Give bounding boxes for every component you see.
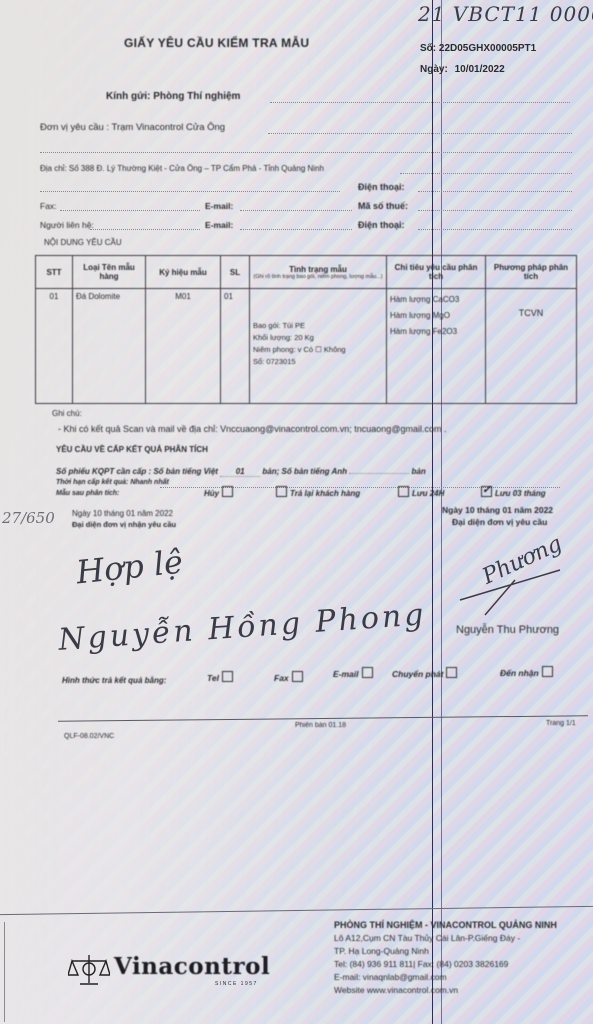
col-stt: STT [36, 256, 73, 289]
cell-method: TCVN [486, 289, 577, 404]
lab-address-2: TP. Hạ Long-Quảng Ninh [334, 946, 429, 956]
cell-code: M01 [146, 289, 221, 404]
phone-label-2: Điện thoại: [358, 220, 405, 230]
condition-header: Tình trạng mẫu [289, 265, 347, 274]
delivery-fax-label: Fax [274, 673, 289, 683]
col-method: Phương pháp phân tích [486, 256, 577, 289]
option-destroy[interactable]: Hủy [204, 486, 233, 498]
footer-rule [58, 715, 588, 722]
option-keep-3-months-label: Lưu 03 tháng [495, 489, 546, 498]
dotted-line [40, 191, 340, 192]
form-code: QLF-08.02/VNC [64, 733, 114, 740]
phone-label: Điện thoại: [358, 182, 405, 192]
condition-subheader: (Ghi rõ tình trạng bao gói, niêm phong, … [253, 274, 383, 280]
indicator-caco3: Hàm lượng CaCO3 [390, 292, 482, 308]
dotted-line [400, 173, 572, 174]
result-request-title: YÊU CẦU VỀ CẤP KẾT QUẢ PHÂN TÍCH [56, 445, 208, 454]
col-code: Ký hiệu mẫu [146, 256, 221, 289]
request-table: STT Loại Tên mẫu hàng Ký hiệu mẫu SL Tìn… [35, 255, 577, 404]
brand-since: SINCE 1957 [215, 981, 258, 987]
checkbox[interactable] [398, 486, 409, 497]
receiver-name-handwritten: Nguyễn Hồng Phong [57, 597, 427, 658]
contact-field [90, 229, 200, 230]
option-keep-24h[interactable]: Lưu 24H [398, 486, 444, 498]
number-value: 22D05GHX00005PT1 [439, 43, 536, 54]
lab-phone: Tel: (84) 936 911 811| Fax: (84) 0203 38… [334, 959, 508, 969]
delivery-email-label: E-mail [333, 669, 359, 679]
col-name: Loại Tên mẫu hàng [73, 256, 146, 289]
copies-unit: bản; Số bản tiếng Anh [262, 467, 347, 476]
checkbox[interactable] [292, 671, 303, 682]
cell-qty: 01 [221, 289, 250, 404]
phone-field-2 [418, 229, 572, 230]
scales-icon [68, 953, 110, 987]
contact-label: Người liên hệ: [40, 220, 94, 230]
document-title: GIẤY YÊU CẦU KIỂM TRA MẪU [124, 36, 309, 50]
col-condition: Tình trạng mẫu (Ghi rõ tình trạng bao gó… [250, 256, 387, 289]
table-header-row: STT Loại Tên mẫu hàng Ký hiệu mẫu SL Tìn… [36, 256, 577, 289]
lab-website[interactable]: Website www.vinacontrol.com.vn [334, 985, 458, 995]
delivery-pickup-label: Đến nhận [500, 668, 539, 678]
en-copies-field [349, 473, 409, 474]
indicator-fe2o3: Hàm lượng Fe2O3 [390, 324, 482, 340]
page-edge [0, 906, 593, 915]
checkbox[interactable] [276, 486, 287, 497]
address: Địa chỉ: Số 388 Đ. Lý Thường Kiệt - Cửa … [40, 164, 324, 173]
version: Phiên bản 01.18 [295, 722, 346, 729]
handwritten-left-note: 27/650 [2, 509, 55, 527]
tax-field [418, 210, 572, 211]
checkbox[interactable] [542, 666, 553, 677]
date-label: Ngày: [420, 64, 448, 75]
copies-line: Số phiếu KQPT cần cấp : Số bản tiếng Việ… [56, 467, 426, 477]
cell-stt: 01 [36, 289, 73, 404]
delivery-label: Hình thức trả kết quả bằng: [62, 676, 166, 685]
copies-label: Số phiếu KQPT cần cấp : Số bản tiếng Việ… [56, 467, 218, 476]
checkbox-checked[interactable] [481, 486, 492, 497]
condition-number: Số: 0723015 [253, 356, 383, 368]
dotted-line [270, 102, 570, 103]
option-keep-24h-label: Lưu 24H [412, 489, 444, 498]
dotted-line [40, 152, 572, 153]
number-label: Số: [420, 43, 436, 54]
cell-indicators: Hàm lượng CaCO3 Hàm lượng MgO Hàm lượng … [387, 289, 486, 404]
recipient: Kính gửi: Phòng Thí nghiệm [106, 91, 240, 102]
left-role: Đại diện đơn vị nhận yêu cầu [72, 520, 176, 529]
delivery-fax[interactable]: Fax [274, 671, 303, 683]
option-return[interactable]: Trả lại khách hàng [276, 486, 360, 498]
checkbox[interactable] [222, 486, 233, 497]
lab-name: PHÒNG THÍ NGHIỆM - VINACONTROL QUẢNG NIN… [334, 920, 557, 930]
option-keep-3-months[interactable]: Lưu 03 tháng [481, 486, 546, 498]
checkbox[interactable] [362, 667, 373, 678]
lab-address-1: Lô A12,Cụm CN Tàu Thủy Cái Lân-P.Giếng Đ… [334, 933, 520, 943]
phone-field [418, 191, 572, 192]
table-row: 01 Đá Dolomite M01 01 Bao gói: Túi PE Kh… [36, 289, 577, 404]
requesting-unit: Đơn vị yêu cầu : Trạm Vinacontrol Cửa Ôn… [40, 122, 225, 133]
en-copies-unit: bản [411, 467, 425, 476]
tax-label: Mã số thuế: [358, 201, 408, 211]
right-date: Ngày 10 tháng 01 năm 2022 [442, 505, 553, 515]
option-destroy-label: Hủy [204, 489, 219, 498]
left-date: Ngày 10 tháng 01 năm 2022 [72, 509, 173, 518]
col-qty: SL [221, 256, 250, 289]
notes-label: Ghi chú: [52, 409, 82, 418]
vertical-line [432, 0, 433, 1024]
delivery-email[interactable]: E-mail [333, 667, 373, 679]
option-return-label: Trả lại khách hàng [290, 489, 360, 498]
page-number: Trang 1/1 [546, 720, 576, 727]
email-label-2: E-mail: [205, 220, 233, 230]
document-date: Ngày: 10/01/2022 [420, 64, 505, 75]
right-role: Đại diện đơn vị yêu cầu [452, 517, 547, 527]
cell-name: Đá Dolomite [73, 289, 146, 404]
checkbox[interactable] [446, 667, 457, 678]
condition-weight: Khối lượng: 20 Kg [253, 332, 383, 344]
email-field-2 [240, 229, 352, 230]
delivery-pickup[interactable]: Đến nhận [500, 666, 553, 678]
handwritten-top-note: 21 VBCT11 0006b [418, 2, 593, 26]
method-value: TCVN [489, 308, 573, 318]
delivery-courier[interactable]: Chuyển phát [392, 667, 457, 679]
email-field [240, 210, 352, 211]
date-value: 10/01/2022 [455, 64, 505, 75]
brand-name: Vinacontrol [114, 953, 270, 980]
receiver-signature: Hợp lệ [74, 543, 184, 592]
right-name: Nguyễn Thu Phương [456, 624, 559, 636]
deadline: Thời hạn cấp kết quả: Nhanh nhất [56, 479, 169, 486]
signature-stroke [455, 560, 565, 620]
indicator-mgo: Hàm lượng MgO [390, 308, 482, 324]
delivery-tel[interactable]: Tel [207, 671, 233, 683]
col-indicators: Chỉ tiêu yêu cầu phân tích [387, 256, 486, 289]
checkbox[interactable] [222, 671, 233, 682]
delivery-courier-label: Chuyển phát [392, 669, 443, 679]
fax-label: Fax: [40, 201, 57, 211]
notes-text: - Khi có kết quả Scan và mail về địa chỉ… [58, 424, 446, 434]
condition-seal: Niêm phong: v Có ☐ Không [253, 344, 383, 356]
page-edge-left [4, 922, 5, 1022]
section-title: NỘI DUNG YÊU CẦU [44, 238, 122, 247]
document-number: Số: 22D05GHX00005PT1 [420, 43, 536, 54]
cell-condition: Bao gói: Túi PE Khối lượng: 20 Kg Niêm p… [250, 289, 387, 404]
vn-copies-value: 01 [220, 467, 260, 477]
dotted-line [268, 133, 572, 134]
delivery-tel-label: Tel [207, 673, 219, 683]
email-label: E-mail: [205, 201, 233, 211]
lab-email[interactable]: E-mail: vinaqnlab@gmail.com [334, 972, 447, 982]
condition-packaging: Bao gói: Túi PE [253, 320, 383, 332]
after-analysis-label: Mẫu sau phân tích: [56, 490, 119, 497]
fax-field [60, 210, 200, 211]
